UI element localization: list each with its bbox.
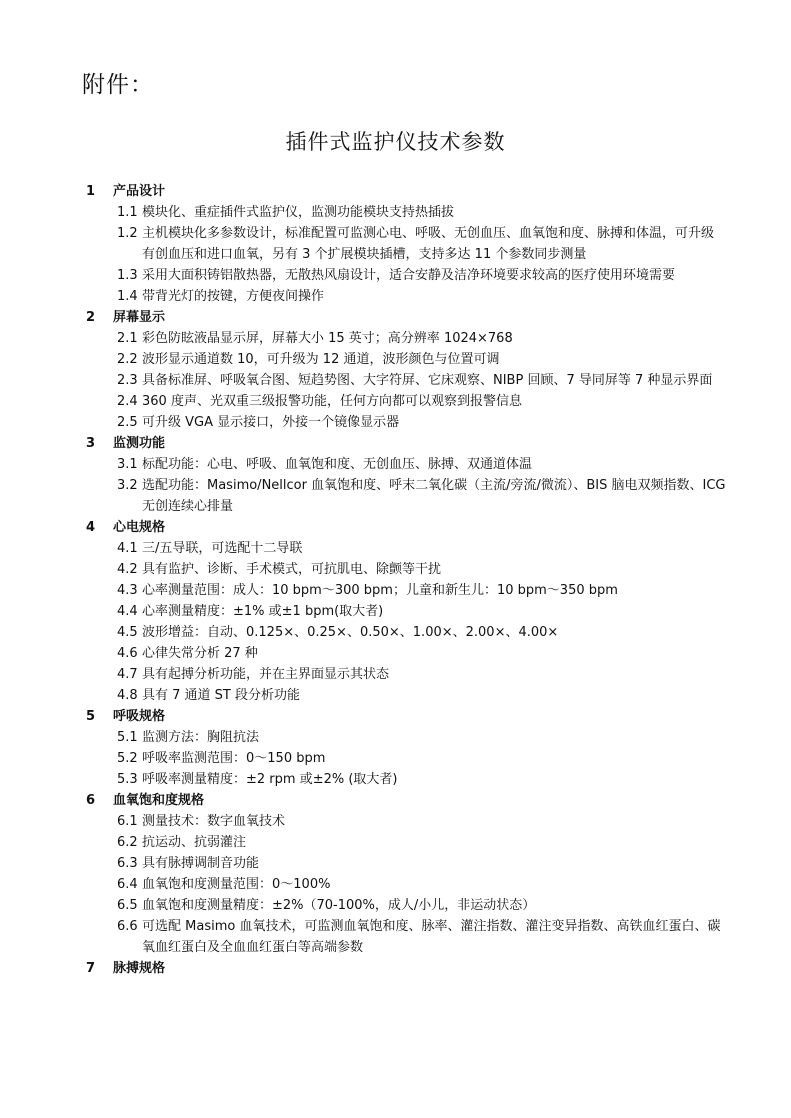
spec-item: 6.3具有脉搏调制音功能	[86, 853, 726, 874]
item-text: 具备标准屏、呼吸氧合图、短趋势图、大字符屏、它床观察、NIBP 回顾、7 导同屏…	[142, 370, 726, 391]
item-text: 呼吸率测量精度：±2 rpm 或±2% (取大者)	[142, 769, 726, 790]
item-text: 360 度声、光双重三级报警功能，任何方向都可以观察到报警信息	[142, 391, 726, 412]
spec-item: 4.4心率测量精度：±1% 或±1 bpm(取大者)	[86, 601, 726, 622]
item-number: 6.3	[117, 853, 138, 874]
section-title: 监测功能	[113, 433, 165, 454]
item-number: 4.6	[117, 643, 138, 664]
item-text: 三/五导联，可选配十二导联	[142, 538, 726, 559]
item-text: 具有起搏分析功能，并在主界面显示其状态	[142, 664, 726, 685]
spec-item: 4.5波形增益：自动、0.125×、0.25×、0.50×、1.00×、2.00…	[86, 622, 726, 643]
item-text: 心率测量精度：±1% 或±1 bpm(取大者)	[142, 601, 726, 622]
spec-item: 1.3采用大面积铸铝散热器，无散热风扇设计，适合安静及洁净环境要求较高的医疗使用…	[86, 265, 726, 286]
item-number: 4.7	[117, 664, 138, 685]
spec-item: 6.2抗运动、抗弱灌注	[86, 832, 726, 853]
item-text: 心律失常分析 27 种	[142, 643, 726, 664]
spec-item: 2.5可升级 VGA 显示接口，外接一个镜像显示器	[86, 412, 726, 433]
item-text: 模块化、重症插件式监护仪，监测功能模块支持热插拔	[142, 202, 726, 223]
item-number: 4.3	[117, 580, 138, 601]
spec-item: 6.4血氧饱和度测量范围：0～100%	[86, 874, 726, 895]
spec-item: 5.2呼吸率监测范围：0～150 bpm	[86, 748, 726, 769]
spec-item: 2.4360 度声、光双重三级报警功能，任何方向都可以观察到报警信息	[86, 391, 726, 412]
spec-item: 4.2具有监护、诊断、手术模式，可抗肌电、除颤等干扰	[86, 559, 726, 580]
section-number: 2	[86, 307, 95, 328]
item-number: 2.5	[117, 412, 138, 433]
item-number: 1.2	[117, 223, 138, 244]
spec-item: 4.3心率测量范围：成人：10 bpm～300 bpm；儿童和新生儿：10 bp…	[86, 580, 726, 601]
item-number: 4.4	[117, 601, 138, 622]
spec-item: 1.4带背光灯的按键，方便夜间操作	[86, 286, 726, 307]
spec-item: 3.1标配功能：心电、呼吸、血氧饱和度、无创血压、脉搏、双通道体温	[86, 454, 726, 475]
spec-item: 4.8具有 7 通道 ST 段分析功能	[86, 685, 726, 706]
item-number: 5.3	[117, 769, 138, 790]
spec-item: 1.2主机模块化多参数设计，标准配置可监测心电、呼吸、无创血压、血氧饱和度、脉搏…	[86, 223, 726, 265]
spec-item: 6.6可选配 Masimo 血氧技术，可监测血氧饱和度、脉率、灌注指数、灌注变异…	[86, 916, 726, 958]
section-number: 1	[86, 181, 95, 202]
section-heading: 6血氧饱和度规格	[86, 790, 726, 811]
attachment-label: 附件：	[82, 66, 154, 99]
item-text: 抗运动、抗弱灌注	[142, 832, 726, 853]
item-number: 4.1	[117, 538, 138, 559]
section-title: 血氧饱和度规格	[113, 790, 204, 811]
item-text: 标配功能：心电、呼吸、血氧饱和度、无创血压、脉搏、双通道体温	[142, 454, 726, 475]
section-number: 4	[86, 517, 95, 538]
section-heading: 3监测功能	[86, 433, 726, 454]
item-number: 5.1	[117, 727, 138, 748]
item-text: 选配功能：Masimo/Nellcor 血氧饱和度、呼末二氧化碳（主流/旁流/微…	[142, 475, 726, 517]
section-title: 产品设计	[113, 181, 165, 202]
item-number: 4.2	[117, 559, 138, 580]
item-text: 主机模块化多参数设计，标准配置可监测心电、呼吸、无创血压、血氧饱和度、脉搏和体温…	[142, 223, 726, 265]
section-title: 心电规格	[113, 517, 165, 538]
section-number: 6	[86, 790, 95, 811]
item-text: 波形显示通道数 10，可升级为 12 通道，波形颜色与位置可调	[142, 349, 726, 370]
item-text: 心率测量范围：成人：10 bpm～300 bpm；儿童和新生儿：10 bpm～3…	[142, 580, 726, 601]
item-number: 1.1	[117, 202, 138, 223]
item-number: 6.6	[117, 916, 138, 937]
item-number: 3.1	[117, 454, 138, 475]
item-text: 可升级 VGA 显示接口，外接一个镜像显示器	[142, 412, 726, 433]
item-text: 测量技术：数字血氧技术	[142, 811, 726, 832]
item-number: 4.8	[117, 685, 138, 706]
item-number: 6.2	[117, 832, 138, 853]
spec-item: 2.3具备标准屏、呼吸氧合图、短趋势图、大字符屏、它床观察、NIBP 回顾、7 …	[86, 370, 726, 391]
spec-item: 3.2选配功能：Masimo/Nellcor 血氧饱和度、呼末二氧化碳（主流/旁…	[86, 475, 726, 517]
section-heading: 4心电规格	[86, 517, 726, 538]
item-text: 具有 7 通道 ST 段分析功能	[142, 685, 726, 706]
item-text: 具有监护、诊断、手术模式，可抗肌电、除颤等干扰	[142, 559, 726, 580]
item-number: 6.5	[117, 895, 138, 916]
section-title: 屏幕显示	[113, 307, 165, 328]
spec-item: 6.5血氧饱和度测量精度：±2%（70-100%，成人/小儿，非运动状态）	[86, 895, 726, 916]
section-heading: 5呼吸规格	[86, 706, 726, 727]
section-number: 3	[86, 433, 95, 454]
item-number: 4.5	[117, 622, 138, 643]
document-title: 插件式监护仪技术参数	[0, 126, 791, 156]
item-number: 2.1	[117, 328, 138, 349]
item-number: 6.1	[117, 811, 138, 832]
section-heading: 2屏幕显示	[86, 307, 726, 328]
section-heading: 7脉搏规格	[86, 958, 726, 979]
item-number: 1.4	[117, 286, 138, 307]
item-text: 可选配 Masimo 血氧技术，可监测血氧饱和度、脉率、灌注指数、灌注变异指数、…	[142, 916, 726, 958]
spec-item: 1.1模块化、重症插件式监护仪，监测功能模块支持热插拔	[86, 202, 726, 223]
spec-item: 4.6心律失常分析 27 种	[86, 643, 726, 664]
section-title: 呼吸规格	[113, 706, 165, 727]
item-number: 1.3	[117, 265, 138, 286]
item-number: 3.2	[117, 475, 138, 496]
item-text: 波形增益：自动、0.125×、0.25×、0.50×、1.00×、2.00×、4…	[142, 622, 726, 643]
spec-item: 5.3呼吸率测量精度：±2 rpm 或±2% (取大者)	[86, 769, 726, 790]
item-number: 6.4	[117, 874, 138, 895]
section-heading: 1产品设计	[86, 181, 726, 202]
item-text: 带背光灯的按键，方便夜间操作	[142, 286, 726, 307]
section-title: 脉搏规格	[113, 958, 165, 979]
item-text: 监测方法：胸阻抗法	[142, 727, 726, 748]
spec-item: 4.7具有起搏分析功能，并在主界面显示其状态	[86, 664, 726, 685]
section-number: 5	[86, 706, 95, 727]
item-number: 5.2	[117, 748, 138, 769]
item-text: 采用大面积铸铝散热器，无散热风扇设计，适合安静及洁净环境要求较高的医疗使用环境需…	[142, 265, 726, 286]
item-number: 2.2	[117, 349, 138, 370]
spec-list: 1产品设计 1.1模块化、重症插件式监护仪，监测功能模块支持热插拔 1.2主机模…	[86, 181, 726, 979]
item-text: 血氧饱和度测量范围：0～100%	[142, 874, 726, 895]
item-text: 血氧饱和度测量精度：±2%（70-100%，成人/小儿，非运动状态）	[142, 895, 726, 916]
item-text: 呼吸率监测范围：0～150 bpm	[142, 748, 726, 769]
item-number: 2.4	[117, 391, 138, 412]
spec-item: 4.1三/五导联，可选配十二导联	[86, 538, 726, 559]
section-number: 7	[86, 958, 95, 979]
spec-item: 2.2波形显示通道数 10，可升级为 12 通道，波形颜色与位置可调	[86, 349, 726, 370]
item-text: 彩色防眩液晶显示屏，屏幕大小 15 英寸；高分辨率 1024×768	[142, 328, 726, 349]
item-number: 2.3	[117, 370, 138, 391]
spec-item: 5.1监测方法：胸阻抗法	[86, 727, 726, 748]
item-text: 具有脉搏调制音功能	[142, 853, 726, 874]
spec-item: 6.1测量技术：数字血氧技术	[86, 811, 726, 832]
spec-item: 2.1彩色防眩液晶显示屏，屏幕大小 15 英寸；高分辨率 1024×768	[86, 328, 726, 349]
